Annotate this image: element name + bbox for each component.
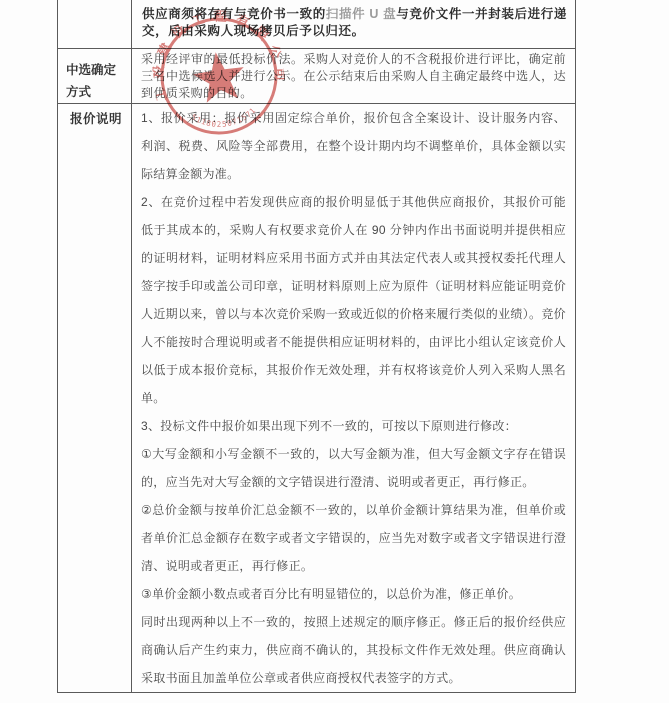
table-row-usb-submission: 供应商须将存有与竞价书一致的扫描件 U 盘与竞价文件一并封装后进行递交，后由采购… [58, 0, 575, 48]
usb-text-segment-light: 扫描件 U 盘 [326, 7, 396, 21]
usb-row-label-cell-empty [58, 0, 132, 48]
usb-text-segment: 供应商须将存有与竞价书一致的 [142, 7, 326, 21]
quote-notes-label: 报价说明 [58, 104, 132, 692]
usb-submission-text: 供应商须将存有与竞价书一致的扫描件 U 盘与竞价文件一并封装后进行递交，后由采购… [132, 0, 575, 48]
quote-paragraph-5: ②总价金额与按单价汇总金额不一致的，以单价金额计算结果为准，但单价或者单价汇总金… [141, 496, 566, 580]
selection-method-text: 采用经评审的最低投标价法。采购人对竞价人的不含税报价进行评比，确定前三名中选候选… [132, 49, 575, 103]
table-row-selection-method: 中选确定方式 采用经评审的最低投标价法。采购人对竞价人的不含税报价进行评比，确定… [58, 48, 575, 103]
quote-paragraph-4: ①大写金额和小写金额不一致的，以大写金额为准，但大写金额文字存在错误的，应当先对… [141, 440, 566, 496]
procurement-terms-table: 供应商须将存有与竞价书一致的扫描件 U 盘与竞价文件一并封装后进行递交，后由采购… [57, 0, 576, 693]
quote-paragraph-1: 1、报价采用：报价采用固定综合单价，报价包含全案设计、设计服务内容、利润、税费、… [141, 104, 566, 188]
quote-paragraph-3: 3、投标文件中报价如果出现下列不一致的，可按以下原则进行修改： [141, 412, 566, 440]
scanned-document-page: 供应商须将存有与竞价书一致的扫描件 U 盘与竞价文件一并封装后进行递交，后由采购… [0, 0, 669, 703]
quote-paragraph-7: 同时出现两种以上不一致的，按照上述规定的顺序修正。修正后的报价经供应商确认后产生… [141, 608, 566, 692]
quote-notes-text: 1、报价采用：报价采用固定综合单价，报价包含全案设计、设计服务内容、利润、税费、… [132, 104, 575, 692]
selection-method-label: 中选确定方式 [58, 49, 132, 103]
table-row-quote-notes: 报价说明 1、报价采用：报价采用固定综合单价，报价包含全案设计、设计服务内容、利… [58, 103, 575, 692]
quote-paragraph-2: 2、在竞价过程中若发现供应商的报价明显低于其他供应商报价，其报价可能低于其成本的… [141, 188, 566, 412]
quote-paragraph-6: ③单价金额小数点或者百分比有明显错位的，以总价为准，修正单价。 [141, 580, 566, 608]
